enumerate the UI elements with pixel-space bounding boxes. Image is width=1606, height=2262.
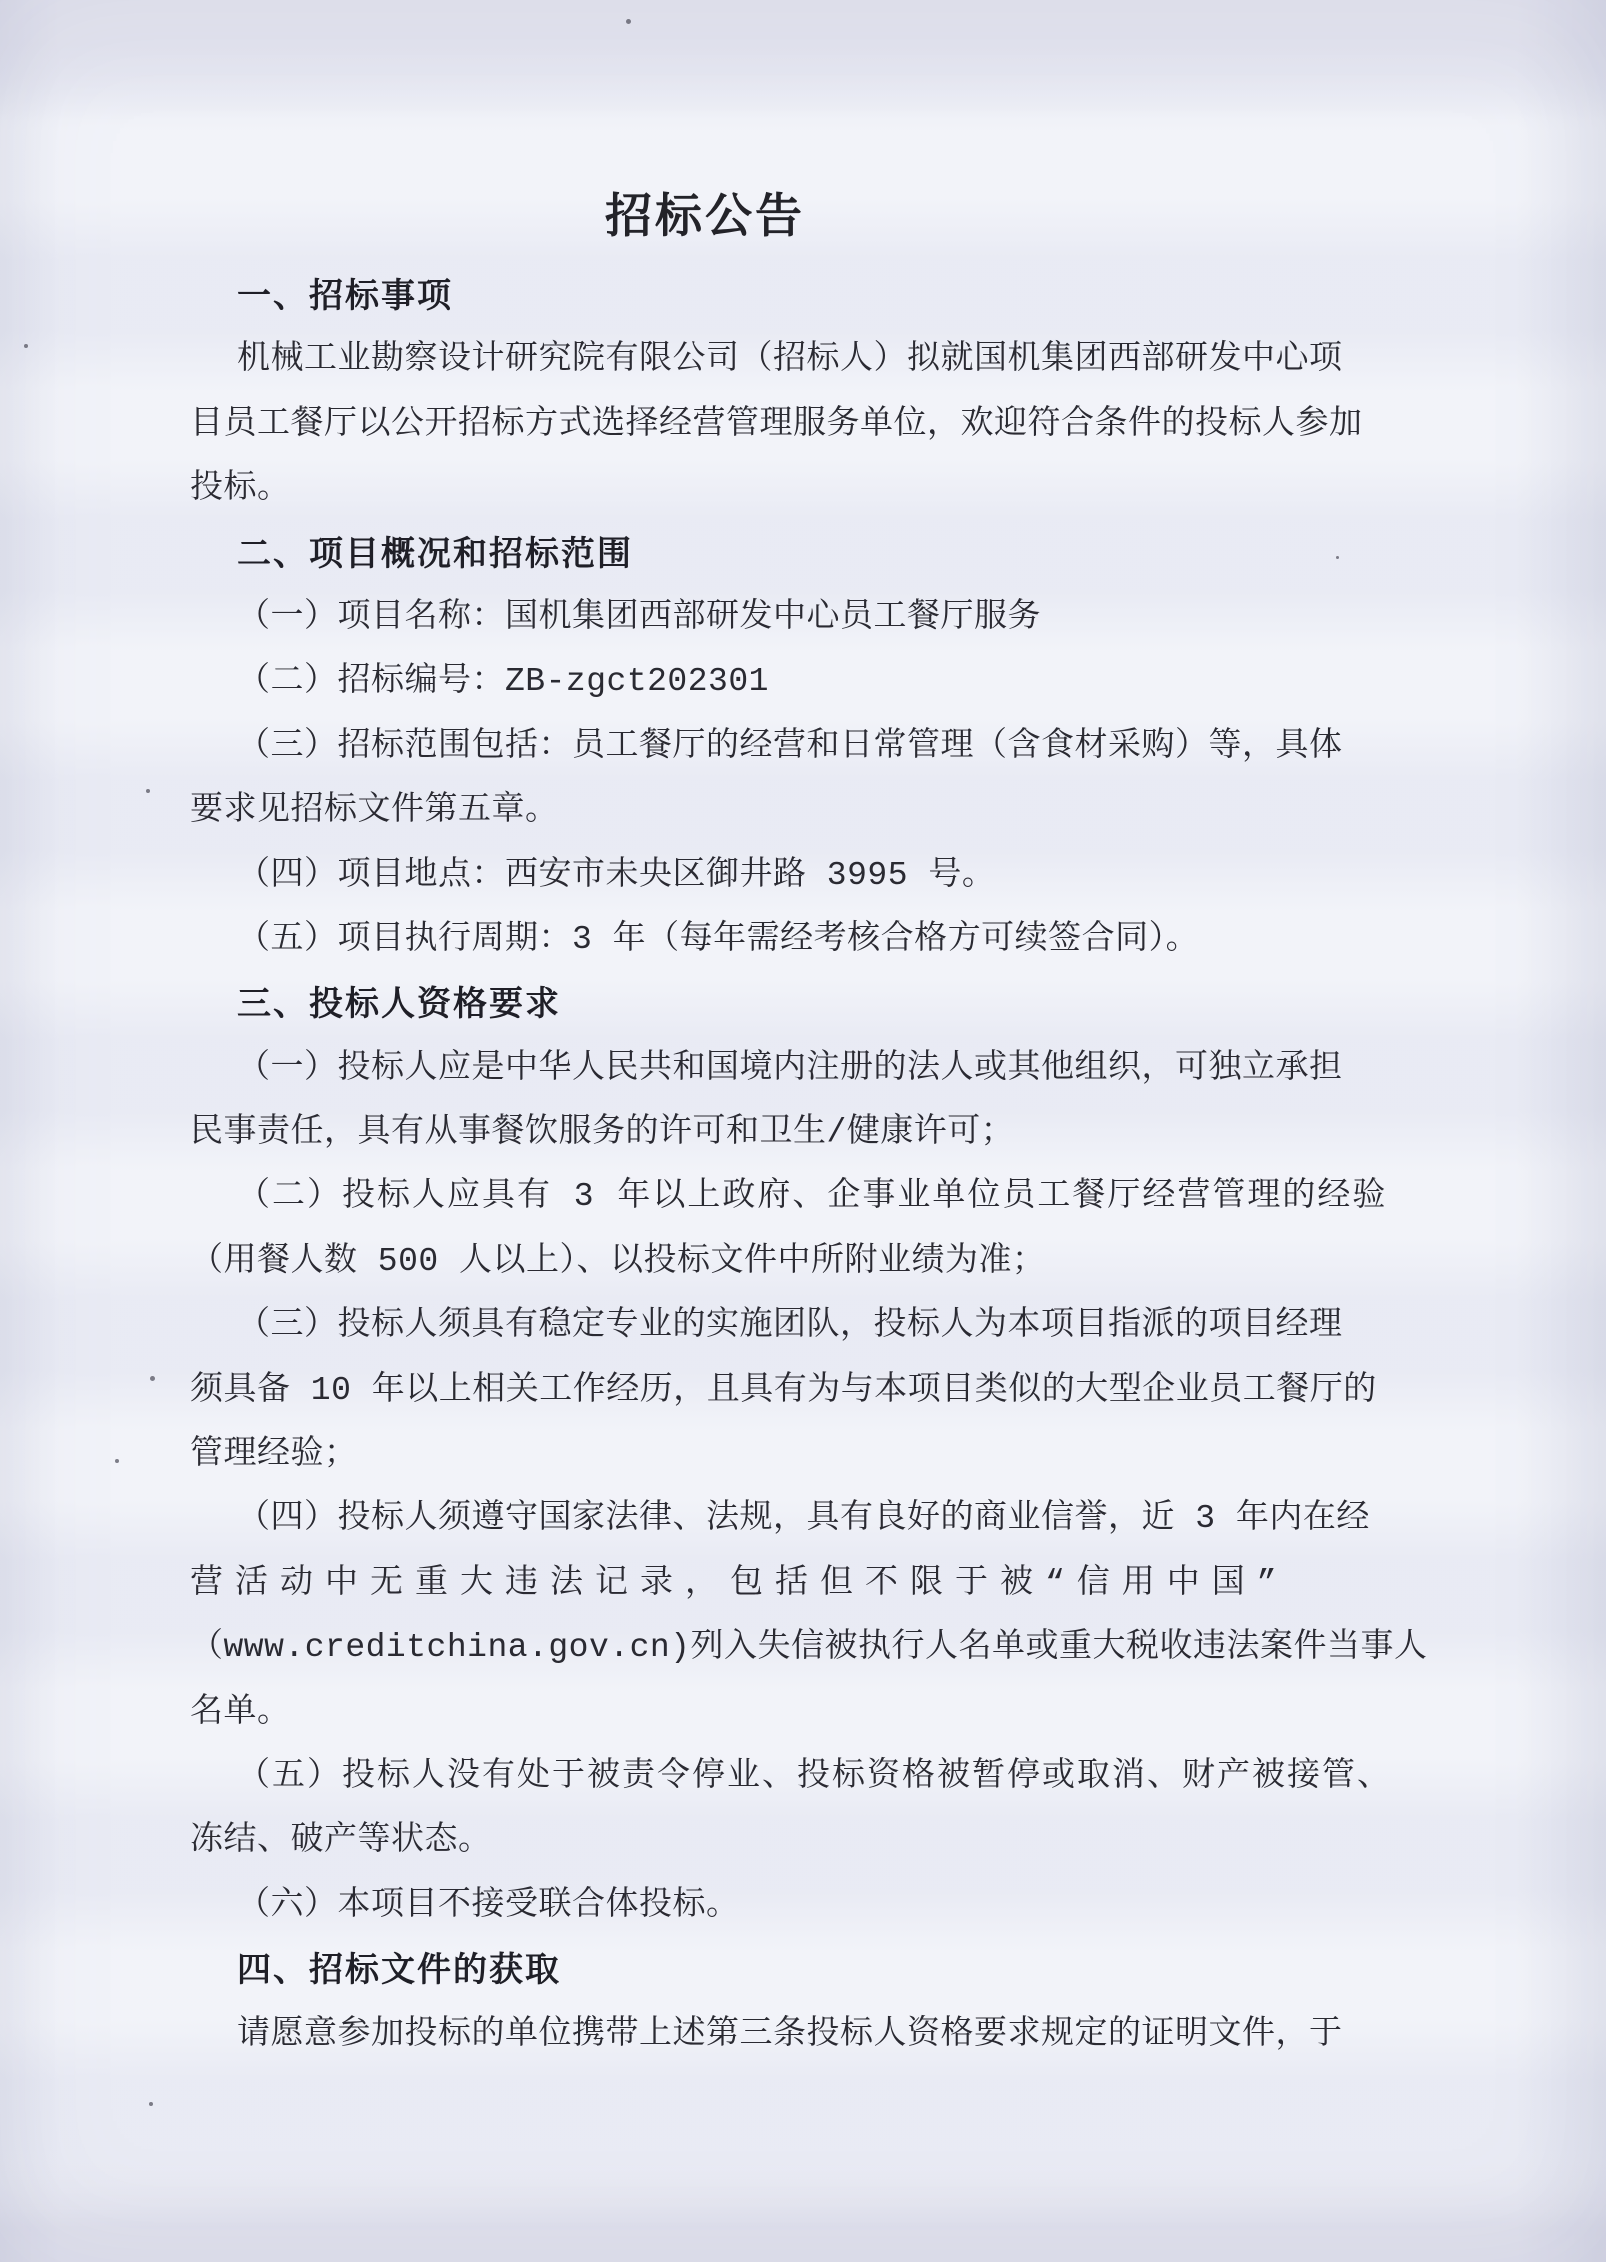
scan-speck: [115, 1459, 119, 1463]
doc-line: 管理经验；: [190, 1423, 1350, 1487]
doc-line: 名单。: [190, 1681, 1350, 1745]
doc-line: （二）投标人应具有 3 年以上政府、企事业单位员工餐厅经营管理的经验: [190, 1165, 1350, 1229]
doc-line: （五）投标人没有处于被责令停业、投标资格被暂停或取消、财产被接管、: [190, 1745, 1350, 1809]
doc-line: （用餐人数 500 人以上）、以投标文件中所附业绩为准；: [190, 1230, 1350, 1294]
section-heading-2: 二、项目概况和招标范围: [190, 522, 1350, 586]
doc-line: （一）投标人应是中华人民共和国境内注册的法人或其他组织，可独立承担: [190, 1037, 1350, 1101]
doc-line: 请愿意参加投标的单位携带上述第三条投标人资格要求规定的证明文件，于: [190, 2003, 1350, 2067]
scan-speck: [1336, 556, 1339, 559]
scan-speck: [149, 2102, 153, 2106]
doc-line: 民事责任，具有从事餐饮服务的许可和卫生/健康许可；: [190, 1101, 1350, 1165]
doc-line: （四）投标人须遵守国家法律、法规，具有良好的商业信誉，近 3 年内在经: [190, 1487, 1350, 1551]
doc-line: （一）项目名称：国机集团西部研发中心员工餐厅服务: [190, 586, 1350, 650]
scan-speck: [24, 344, 28, 348]
doc-line: （www.creditchina.gov.cn)列入失信被执行人名单或重大税收违…: [190, 1616, 1350, 1680]
section-heading-3: 三、投标人资格要求: [190, 972, 1350, 1036]
doc-line: 投标。: [190, 457, 1350, 521]
doc-line: （三）招标范围包括：员工餐厅的经营和日常管理（含食材采购）等，具体: [190, 715, 1350, 779]
section-heading-4: 四、招标文件的获取: [190, 1938, 1350, 2002]
doc-line: （五）项目执行周期：3 年（每年需经考核合格方可续签合同）。: [190, 908, 1350, 972]
doc-line: （四）项目地点：西安市未央区御井路 3995 号。: [190, 844, 1350, 908]
doc-line: 冻结、破产等状态。: [190, 1809, 1350, 1873]
section-heading-1: 一、招标事项: [190, 264, 1350, 328]
doc-line: （六）本项目不接受联合体投标。: [190, 1874, 1350, 1938]
scanned-document-page: 招标公告 一、招标事项 机械工业勘察设计研究院有限公司（招标人）拟就国机集团西部…: [0, 0, 1606, 2262]
doc-line: （三）投标人须具有稳定专业的实施团队，投标人为本项目指派的项目经理: [190, 1294, 1350, 1358]
doc-line: 须具备 10 年以上相关工作经历，且具有为与本项目类似的大型企业员工餐厅的: [190, 1359, 1350, 1423]
doc-line: 目员工餐厅以公开招标方式选择经营管理服务单位，欢迎符合条件的投标人参加: [190, 393, 1350, 457]
document-body: 招标公告 一、招标事项 机械工业勘察设计研究院有限公司（招标人）拟就国机集团西部…: [190, 0, 1350, 2067]
doc-line: 营活动中无重大违法记录，包括但不限于被“信用中国”: [190, 1552, 1350, 1616]
doc-line: （二）招标编号：ZB-zgct202301: [190, 650, 1350, 714]
document-lines: 一、招标事项 机械工业勘察设计研究院有限公司（招标人）拟就国机集团西部研发中心项…: [190, 264, 1350, 2067]
document-title: 招标公告: [125, 182, 1285, 252]
doc-line: 要求见招标文件第五章。: [190, 779, 1350, 843]
scan-speck: [150, 1376, 155, 1381]
scan-speck: [626, 19, 631, 24]
doc-line: 机械工业勘察设计研究院有限公司（招标人）拟就国机集团西部研发中心项: [190, 328, 1350, 392]
scan-speck: [146, 789, 150, 793]
